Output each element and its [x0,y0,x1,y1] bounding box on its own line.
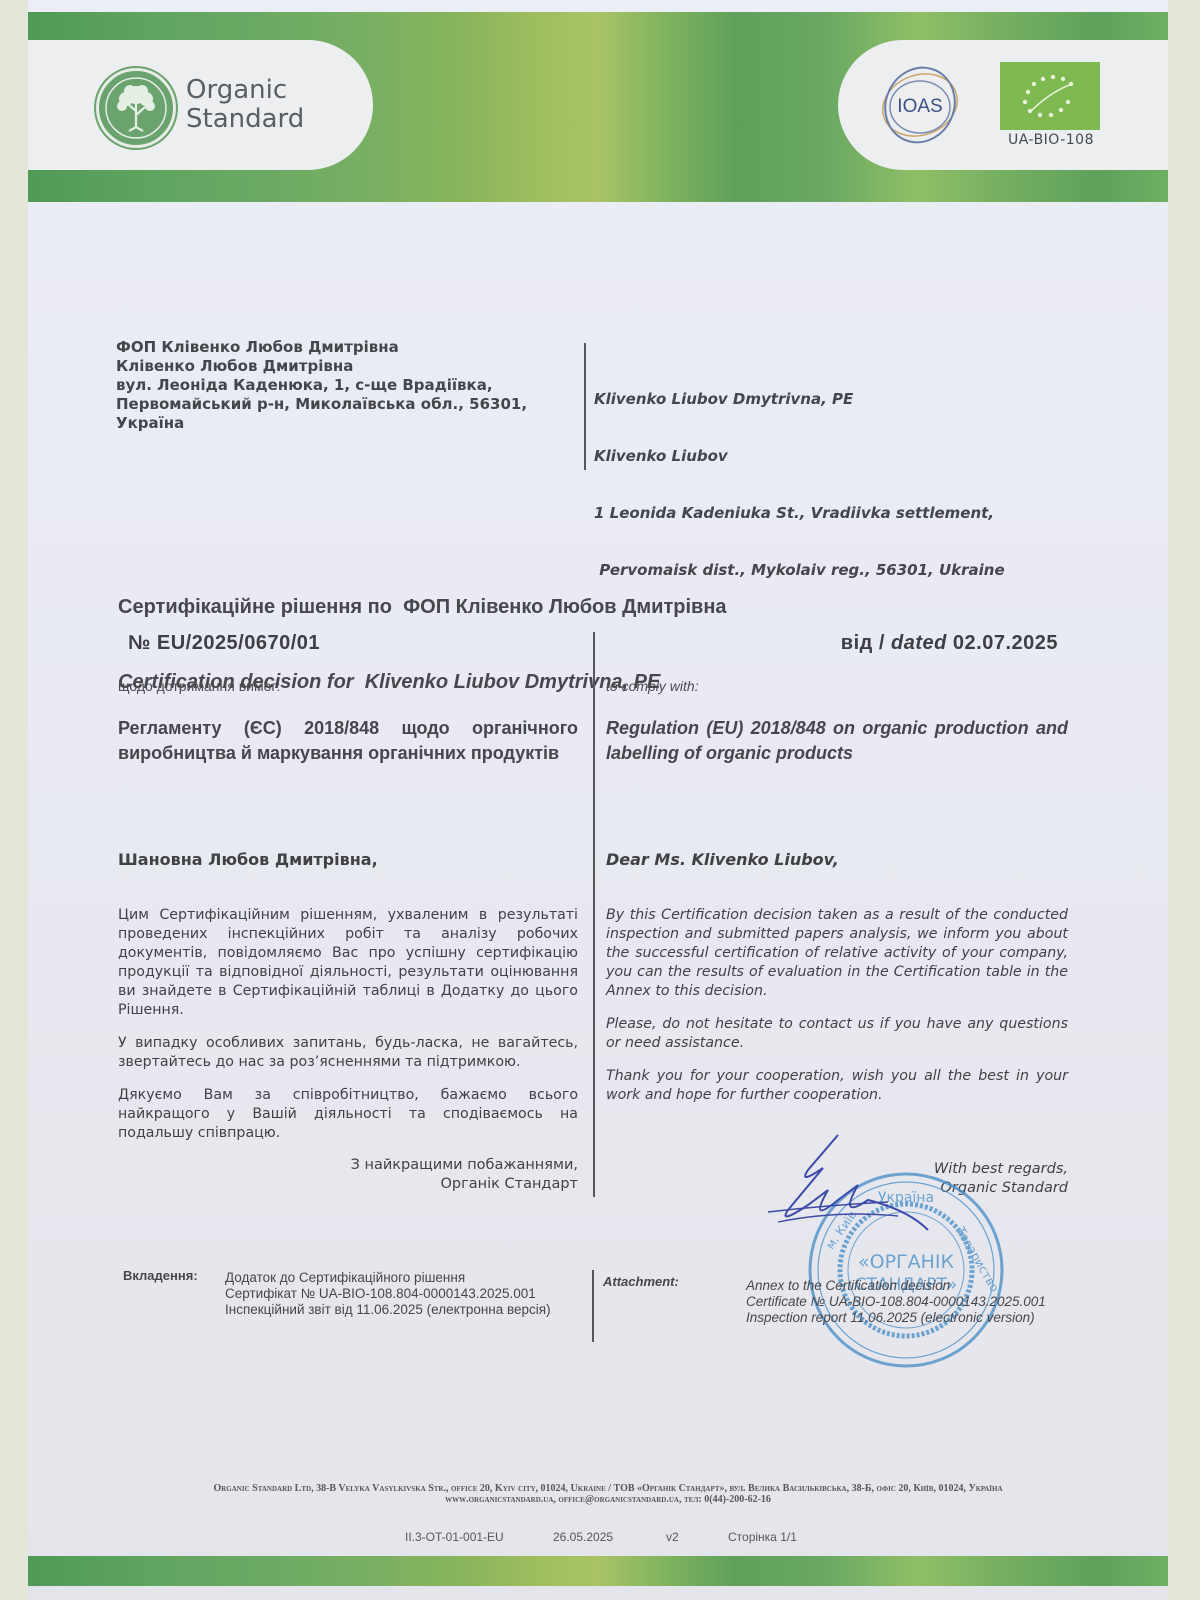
closing-ua: З найкращими побажаннями, Органік Станда… [118,1156,578,1194]
dated-label-ua: від / [841,632,891,654]
svg-text:IOAS: IOAS [897,96,942,117]
letter-body-ua: Цим Сертифікаційним рішенням, ухваленим … [118,906,578,1157]
letter-body-en: By this Certification decision taken as … [606,906,1068,1119]
svg-text:«ОРГАНІК: «ОРГАНІК [858,1251,955,1273]
address-line: Первомайський р-н, Миколаївська обл., 56… [116,395,596,414]
address-line: 1 Leonida Kadeniuka St., Vradiivka settl… [594,504,1094,523]
regulation-en: Regulation (EU) 2018/848 on organic prod… [606,716,1068,766]
eu-organic-leaf-icon [1000,62,1100,130]
comply-label-ua: щодо дотримання вимог: [118,678,280,694]
address-line: Україна [116,414,596,433]
attachment-item[interactable]: Інспекційний звіт від 11.06.2025 (електр… [225,1302,585,1318]
document-version: v2 [666,1530,679,1544]
attachment-item[interactable]: Certificate № UA-BIO-108.804-0000143.202… [746,1294,1086,1310]
ioas-logo-icon: IOAS [877,62,963,148]
document-code: II.3-OT-01-001-EU [405,1530,504,1544]
footer-address-line: Organic Standard Ltd, 38-B Velyka Vasylk… [148,1483,1068,1494]
attachment-label-ua: Вкладення: [123,1268,198,1283]
brand-name: Organic Standard [186,76,304,134]
attachment-item[interactable]: Сертифікат № UA-BIO-108.804-0000143.2025… [225,1286,585,1302]
footer-address: Organic Standard Ltd, 38-B Velyka Vasylk… [148,1483,1068,1505]
attachment-item[interactable]: Inspection report 11.06.2025 (electronic… [746,1310,1086,1326]
brand-line-1: Organic [186,76,304,105]
address-line: вул. Леоніда Каденюка, 1, с-ще Врадіївка… [116,376,596,395]
address-line: Клівенко Любов Дмитрівна [116,357,596,376]
salutation-ua: Шановна Любов Дмитрівна, [118,850,378,869]
closing-line: Органік Стандарт [118,1175,578,1194]
attachment-item[interactable]: Додаток до Сертифікаційного рішення [225,1270,585,1286]
paragraph: Цим Сертифікаційним рішенням, ухваленим … [118,906,578,1020]
date-value: 02.07.2025 [947,632,1058,654]
attachment-divider [592,1270,594,1342]
certificate-page: Organic Standard IOAS UA-BIO-108 ФОП Клі… [28,0,1168,1600]
recipient-address-ua: ФОП Клівенко Любов Дмитрівна Клівенко Лю… [116,338,596,433]
attachment-label-en: Attachment: [603,1274,679,1289]
page-number: Сторінка 1/1 [728,1530,797,1544]
title-ua: Сертифікаційне рішення по ФОП Клівенко Л… [118,595,1068,620]
footer-contact-line[interactable]: www.organicstandard.ua, office@organicst… [148,1494,1068,1505]
paragraph: У випадку особливих запитань, будь-ласка… [118,1034,578,1072]
paragraph: By this Certification decision taken as … [606,906,1068,1001]
address-line: ФОП Клівенко Любов Дмитрівна [116,338,596,357]
decision-number: № EU/2025/0670/01 [128,632,320,655]
paragraph: Please, do not hesitate to contact us if… [606,1015,1068,1053]
closing-line: З найкращими побажаннями, [118,1156,578,1175]
eu-control-body-code: UA-BIO-108 [1008,132,1094,148]
brand-line-2: Standard [186,105,304,134]
paragraph: Thank you for your cooperation, wish you… [606,1067,1068,1105]
tree-logo-icon [96,68,176,148]
footer-stripes [28,1556,1168,1586]
paragraph: Дякуємо Вам за співробітництво, бажаємо … [118,1086,578,1143]
attachment-list-ua: Додаток до Сертифікаційного рішення Серт… [225,1270,585,1318]
address-line: Klivenko Liubov [594,447,1094,466]
attachment-item[interactable]: Annex to the Certification decision [746,1278,1086,1294]
signature [768,1130,938,1245]
address-line: Klivenko Liubov Dmytrivna, PE [594,390,1094,409]
regulation-ua: Регламенту (ЄС) 2018/848 щодо органічног… [118,716,578,766]
decision-date: від / dated 02.07.2025 [841,632,1058,655]
salutation-en: Dear Ms. Klivenko Liubov, [606,850,839,869]
document-date: 26.05.2025 [553,1530,613,1544]
dated-label-en: dated [891,632,947,654]
address-divider [584,343,586,470]
comply-label-en: to comply with: [606,678,699,694]
column-divider [593,632,595,1197]
attachment-list-en: Annex to the Certification decision Cert… [746,1278,1086,1326]
